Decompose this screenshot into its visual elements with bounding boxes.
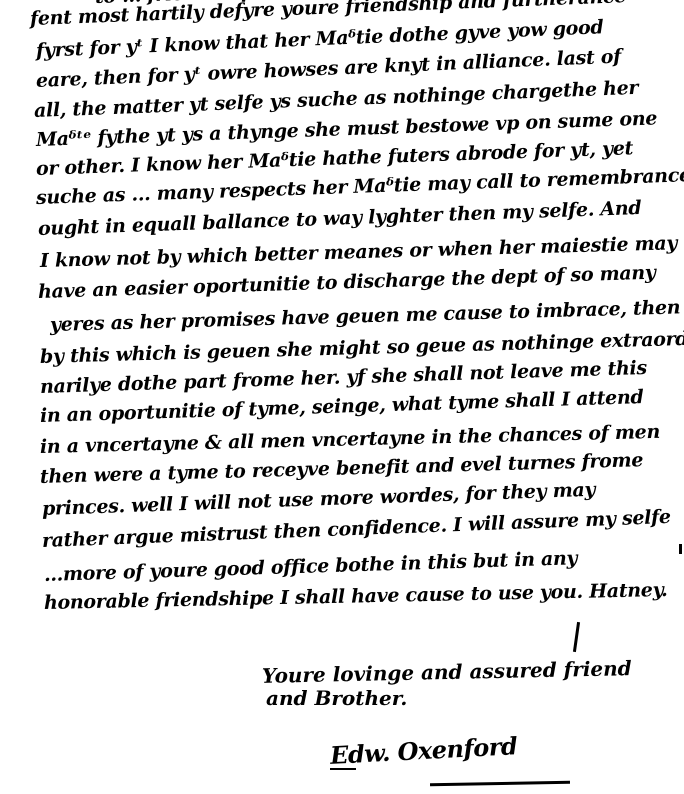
- signature: Edw. Oxenford: [329, 731, 517, 770]
- letter-line-21: honorable friendshipe I shall have cause…: [44, 579, 668, 614]
- margin-mark: [679, 544, 682, 554]
- signature-dash: [330, 768, 356, 770]
- closing-line-2: and Brother.: [266, 686, 407, 710]
- letter-line-20: ...more of youre good office bothe in th…: [44, 547, 578, 586]
- signature-flourish: [430, 781, 570, 786]
- ink-speck: [573, 622, 580, 652]
- closing-line-1: Youre lovinge and assured friend: [262, 656, 632, 688]
- letter-page: to ... friendship and furtherance fent m…: [0, 0, 684, 794]
